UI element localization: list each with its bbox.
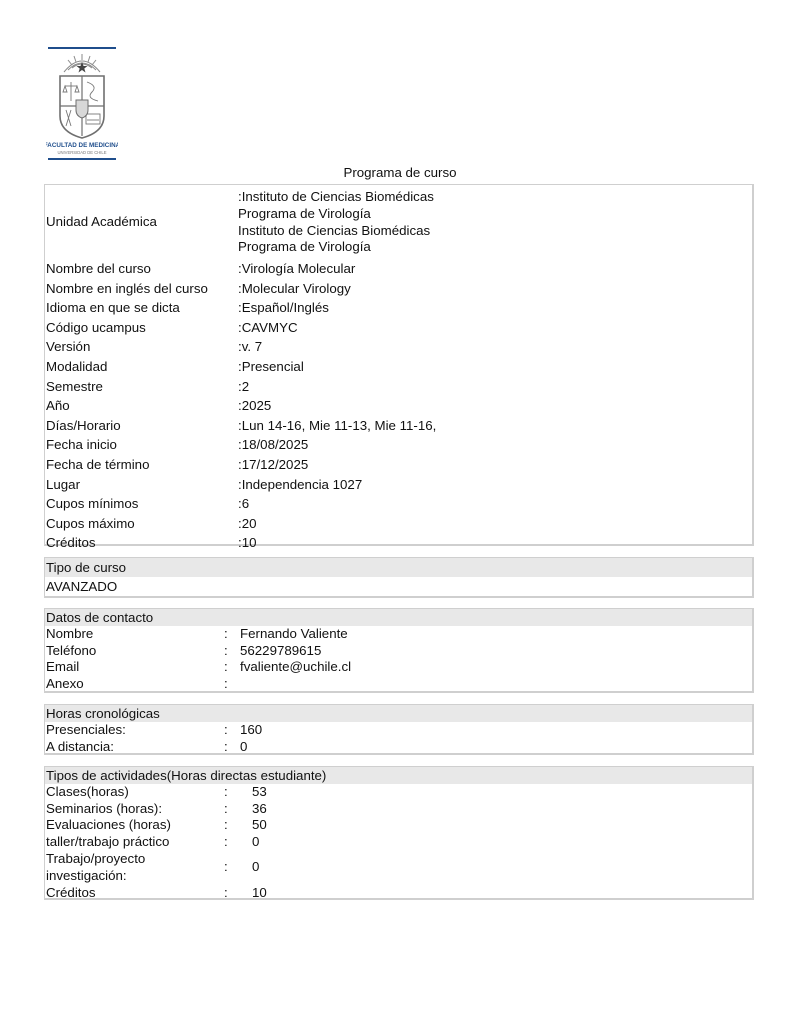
university-crest-icon: FACULTAD DE MEDICINA UNIVERSIDAD DE CHIL… [46,46,118,160]
row-label: Fecha de término [45,455,238,475]
row-label: Créditos [45,885,224,902]
svg-text:FACULTAD DE MEDICINA: FACULTAD DE MEDICINA [46,142,118,149]
row-value: 0 [240,739,247,756]
row-value: :Independencia 1027 [238,475,362,495]
row-value: :Lun 14-16, Mie 11-13, Mie 11-16, [238,416,436,436]
page-title: Programa de curso [0,165,800,181]
row-label: Evaluaciones (horas) [45,817,224,834]
row-value: :v. 7 [238,337,262,357]
row-value: :Presencial [238,357,304,377]
row-label: Nombre en inglés del curso [45,279,238,299]
row-label: Versión [45,337,238,357]
contact-section: Datos de contacto Nombre:Fernando Valien… [44,608,754,693]
row-label: Días/Horario [45,416,238,436]
table-row: Idioma en que se dicta:Español/Inglés [45,298,752,318]
separator: : [224,885,252,902]
table-row: Nombre en inglés del curso:Molecular Vir… [45,279,752,299]
separator: : [224,801,252,818]
row-value: 0 [252,834,259,851]
row-value: :Instituto de Ciencias Biomédicas Progra… [238,188,434,255]
row-label: Fecha inicio [45,435,238,455]
hours-section: Horas cronológicas Presenciales::160 A d… [44,704,754,755]
contact-row: Email:fvaliente@uchile.cl [45,659,752,676]
row-label: Cupos máximo [45,514,238,534]
row-label: Trabajo/proyecto investigación: [45,851,224,884]
row-label: Idioma en que se dicta [45,298,238,318]
table-row: Código ucampus:CAVMYC [45,318,752,338]
row-label: Anexo [45,676,224,693]
faculty-logo: FACULTAD DE MEDICINA UNIVERSIDAD DE CHIL… [46,46,118,160]
row-label: Nombre del curso [45,259,238,279]
row-value: :2 [238,377,249,397]
separator: : [224,626,240,643]
section-header: Tipos de actividades(Horas directas estu… [45,767,752,784]
row-label: Nombre [45,626,224,643]
row-value: :Virología Molecular [238,259,355,279]
contact-name: Fernando Valiente [240,626,348,643]
table-row: Cupos máximo:20 [45,514,752,534]
row-value: 36 [252,801,267,818]
separator: : [224,676,240,693]
activity-row: Trabajo/proyecto investigación::0 [45,851,752,885]
course-info-table: Unidad Académica :Instituto de Ciencias … [44,184,754,546]
separator: : [224,659,240,676]
row-label: Modalidad [45,357,238,377]
row-label: Año [45,396,238,416]
row-value: :10 [238,533,257,553]
row-value: :2025 [238,396,271,416]
activity-row: taller/trabajo práctico:0 [45,834,752,851]
row-value: 0 [252,859,259,876]
row-label: Código ucampus [45,318,238,338]
table-row: Cupos mínimos:6 [45,494,752,514]
separator: : [224,722,240,739]
section-header: Datos de contacto [45,609,752,626]
course-type-value: AVANZADO [45,577,752,596]
row-value: 10 [252,885,267,902]
row-label: Seminarios (horas): [45,801,224,818]
table-row: Fecha inicio:18/08/2025 [45,435,752,455]
row-label: Presenciales: [45,722,224,739]
row-label: taller/trabajo práctico [45,834,224,851]
row-value: :CAVMYC [238,318,298,338]
row-value: 53 [252,784,267,801]
table-row: Año:2025 [45,396,752,416]
row-label: A distancia: [45,739,224,756]
section-header: Horas cronológicas [45,705,752,722]
separator: : [224,643,240,660]
course-type-section: Tipo de curso AVANZADO [44,557,754,598]
row-value: :17/12/2025 [238,455,308,475]
row-value: :Español/Inglés [238,298,329,318]
contact-row: Nombre:Fernando Valiente [45,626,752,643]
separator: : [224,739,240,756]
table-row: Fecha de término:17/12/2025 [45,455,752,475]
row-label: Unidad Académica [45,214,238,230]
activities-section: Tipos de actividades(Horas directas estu… [44,766,754,900]
svg-text:UNIVERSIDAD DE CHILE: UNIVERSIDAD DE CHILE [57,150,106,155]
row-label: Email [45,659,224,676]
row-value: :20 [238,514,257,534]
row-label: Clases(horas) [45,784,224,801]
table-row: Unidad Académica :Instituto de Ciencias … [45,185,752,259]
row-label: Teléfono [45,643,224,660]
row-label: Cupos mínimos [45,494,238,514]
row-value: 160 [240,722,262,739]
table-row: Semestre:2 [45,377,752,397]
row-label: Lugar [45,475,238,495]
row-label: Créditos [45,533,238,553]
activity-row: Créditos:10 [45,885,752,902]
activity-row: Seminarios (horas)::36 [45,801,752,818]
table-row: Nombre del curso:Virología Molecular [45,259,752,279]
contact-email: fvaliente@uchile.cl [240,659,351,676]
row-value: :6 [238,494,249,514]
section-header: Tipo de curso [45,558,752,577]
table-row: Créditos:10 [45,533,752,553]
separator: : [224,817,252,834]
hours-row: Presenciales::160 [45,722,752,739]
contact-row: Anexo: [45,676,752,693]
table-row: Lugar:Independencia 1027 [45,475,752,495]
separator: : [224,784,252,801]
hours-row: A distancia::0 [45,739,752,756]
row-label: Semestre [45,377,238,397]
contact-row: Teléfono:56229789615 [45,643,752,660]
activity-row: Clases(horas):53 [45,784,752,801]
row-value: 50 [252,817,267,834]
table-row: Versión:v. 7 [45,337,752,357]
separator: : [224,859,252,876]
row-value: :Molecular Virology [238,279,351,299]
contact-phone: 56229789615 [240,643,321,660]
activity-row: Evaluaciones (horas):50 [45,817,752,834]
separator: : [224,834,252,851]
table-row: Modalidad:Presencial [45,357,752,377]
table-row: Días/Horario:Lun 14-16, Mie 11-13, Mie 1… [45,416,752,436]
row-value: :18/08/2025 [238,435,308,455]
